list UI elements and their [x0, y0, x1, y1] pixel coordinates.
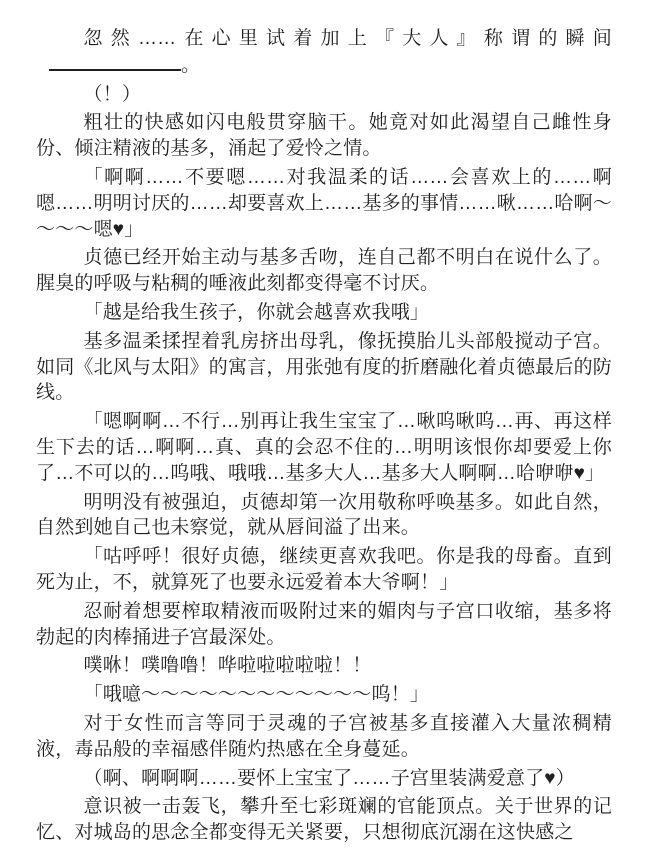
paragraph: 明明没有被强迫，贞德却第一次用敬称呼唤基多。如此自然，自然到她自己也未察觉，就从… — [36, 490, 612, 542]
blank-underline-rule — [49, 52, 181, 71]
paragraph: 「嗯啊啊…不行…别再让我生宝宝了…啾呜啾呜…再、再这样生下去的话…啊啊…真、真的… — [36, 409, 612, 486]
opening-paragraph: 忽然……在心里试着加上『大人』称谓的瞬间 。 — [36, 26, 612, 79]
paragraph: 贞德已经开始主动与基多舌吻，连自己都不明白在说什么了。腥臭的呼吸与粘稠的唾液此刻… — [36, 245, 612, 297]
paragraph: 基多温柔揉捏着乳房挤出母乳，像抚摸胎儿头部般搅动子宫。如同《北风与太阳》的寓言，… — [36, 329, 612, 406]
paragraph: 意识被一击轰飞，攀升至七彩斑斓的官能顶点。关于世界的记忆、对城岛的思念全都变得无… — [36, 794, 612, 846]
paragraph: 忍耐着想要榨取精液而吸附过来的媚肉与子宫口收缩，基多将勃起的肉棒捅进子宫最深处。 — [36, 599, 612, 651]
paragraph: 「啊啊……不要嗯……对我温柔的话……会喜欢上的……啊嗯……明明讨厌的……却要喜欢… — [36, 165, 612, 242]
paragraph: 「咕呼呼！很好贞德，继续更喜欢我吧。你是我的母畜。直到死为止，不，就算死了也要永… — [36, 544, 612, 596]
paragraph: 「越是给我生孩子，你就会越喜欢我哦」 — [36, 300, 612, 326]
paragraph: （！） — [36, 82, 612, 108]
opening-period: 。 — [181, 55, 200, 76]
paragraph: 「哦噫～～～～～～～～～～～～呜！」 — [36, 682, 612, 708]
paragraph: 粗壮的快感如闪电般贯穿脑干。她竟对如此渴望自己雌性身份、倾注精液的基多，涌起了爱… — [36, 110, 612, 162]
paragraph: （啊、啊啊啊……要怀上宝宝了……子宫里装满爱意了♥） — [36, 766, 612, 792]
paragraph: 对于女性而言等同于灵魂的子宫被基多直接灌入大量浓稠精液，毒品般的幸福感伴随灼热感… — [36, 711, 612, 763]
blank-underline-line: 。 — [36, 52, 612, 79]
paragraph: 噗咻！噗噜噜！哗啦啦啦啦啦！！ — [36, 653, 612, 679]
document-page: 忽然……在心里试着加上『大人』称谓的瞬间 。 （！） 粗壮的快感如闪电般贯穿脑干… — [0, 0, 650, 850]
opening-line-text: 忽然……在心里试着加上『大人』称谓的瞬间 — [36, 26, 612, 52]
